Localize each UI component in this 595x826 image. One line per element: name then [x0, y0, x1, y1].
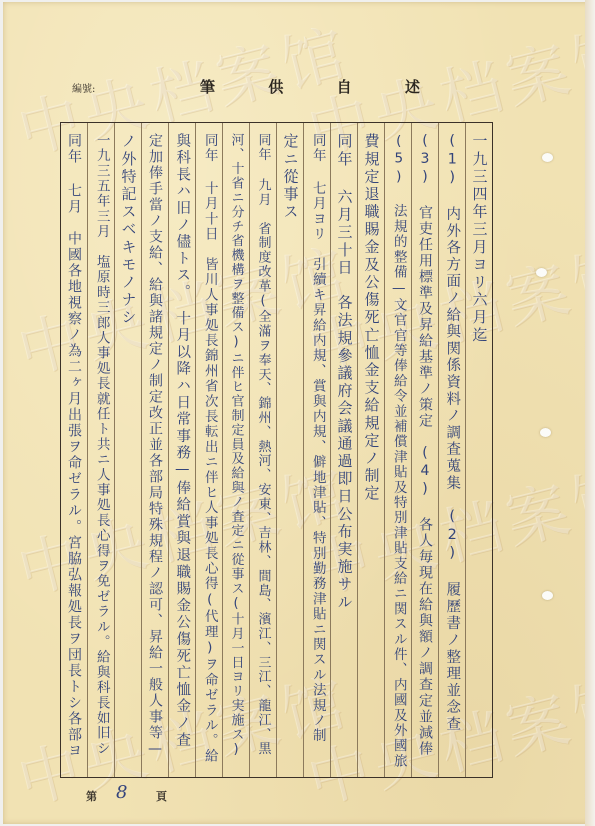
form-title-char: 筆 — [200, 76, 215, 97]
handwritten-line: 河、十省ニ分チ省機構ヲ整備ス)ニ伴ヒ官制定員及給與ノ査定ニ從事ス(十月一日ヨリ実… — [230, 133, 243, 758]
handwritten-line: 同年 七月ヨリ 引續キ昇給内規、賞與内規、僻地津貼、特別勤務津貼ニ関スル法規ノ制 — [310, 133, 324, 744]
text-column: 定ニ從事ス — [276, 123, 303, 777]
punch-hole — [542, 591, 553, 600]
text-column: (1) 内外各方面ノ給與関係資料ノ調査蒐集 (2) 履歷書ノ整理並念查 — [438, 123, 465, 777]
text-column: 與科長ハ旧ノ儘トス。 十月以降ハ日常事務—俸給賞與退職賜金公傷死亡恤金ノ査 — [168, 123, 195, 777]
text-column: 一九三五年三月 塩原時三郎人事処長就任ト共ニ人事処長心得ヲ免ゼラル。給與科長如旧… — [87, 123, 114, 777]
handwritten-line: 費規定退職賜金及公傷死亡恤金支給規定ノ制定 — [364, 133, 379, 503]
text-column: 河、十省ニ分チ省機構ヲ整備ス)ニ伴ヒ官制定員及給與ノ査定ニ從事ス(十月一日ヨリ実… — [222, 123, 249, 777]
page-suffix: 頁 — [156, 788, 167, 804]
paper-edge — [585, 0, 595, 826]
handwritten-line: 同年 九月 省制度改革(全滿ヲ奉天、錦州、熱河、安東、吉林、間島、濱江、三江、龍… — [257, 133, 270, 756]
page-prefix: 第 — [86, 788, 97, 804]
handwritten-line: ノ外特記スベキモノナシ — [121, 133, 136, 327]
text-column: 同年 十月十日 皆川人事処長錦州省次長転出ニ伴ヒ人事処長心得(代理)ヲ命ゼラル。… — [195, 123, 222, 777]
handwritten-line: 一九三五年三月 塩原時三郎人事処長就任ト共ニ人事処長心得ヲ免ゼラル。給與科長如旧… — [94, 133, 108, 756]
handwritten-line: (1) 内外各方面ノ給與関係資料ノ調査蒐集 (2) 履歷書ノ整理並念查 — [445, 133, 460, 733]
text-column: (3) 官吏任用標準及昇給基準ノ策定 (4) 各人毎現在給與額ノ調查定並減俸 — [411, 123, 438, 777]
text-column: 同年 七月 中國各地視察ノ為二ヶ月出張ヲ命ゼラル。宮脇弘報処長ヲ団長トシ各部ヨ — [61, 123, 87, 777]
handwritten-line: 與科長ハ旧ノ儘トス。 十月以降ハ日常事務—俸給賞與退職賜金公傷死亡恤金ノ査 — [175, 133, 190, 749]
punch-hole — [540, 428, 551, 437]
handwritten-line: 定ニ從事ス — [283, 133, 298, 221]
serial-number-label: 編號: — [72, 80, 95, 95]
handwritten-line: 同年 十月十日 皆川人事処長錦州省次長転出ニ伴ヒ人事処長心得(代理)ヲ命ゼラル。… — [202, 133, 216, 764]
handwritten-line: 一九三四年三月ヨリ六月迄 — [472, 133, 487, 344]
text-column: 同年 六月三十日 各法規參議府会議通過即日公布実施サル — [330, 123, 357, 777]
form-title: 筆 供 自 述 — [200, 76, 420, 97]
handwritten-line: 同年 七月 中國各地視察ノ為二ヶ月出張ヲ命ゼラル。宮脇弘報処長ヲ団長トシ各部ヨ — [67, 133, 81, 759]
text-column: 費規定退職賜金及公傷死亡恤金支給規定ノ制定 — [357, 123, 384, 777]
text-column: (5) 法規的整備—文官官等俸給令並補償津貼及特別津貼支給ニ関スル件、内國及外國… — [384, 123, 411, 777]
text-column: 同年 九月 省制度改革(全滿ヲ奉天、錦州、熱河、安東、吉林、間島、濱江、三江、龍… — [249, 123, 276, 777]
form-title-char: 供 — [268, 76, 283, 97]
handwritten-line: 同年 六月三十日 各法規參議府会議通過即日公布実施サル — [337, 133, 352, 611]
punch-hole — [542, 153, 553, 162]
text-column: 同年 七月ヨリ 引續キ昇給内規、賞與内規、僻地津貼、特別勤務津貼ニ関スル法規ノ制 — [303, 123, 330, 777]
text-column: 一九三四年三月ヨリ六月迄 — [465, 123, 492, 777]
punch-hole — [536, 268, 547, 277]
handwritten-line: 定加俸手當ノ支給、給與諸規定ノ制定改正並各部局特殊規程ノ認可、昇給一般人事等— — [148, 133, 162, 759]
text-column: ノ外特記スベキモノナシ — [114, 123, 141, 777]
text-column: 定加俸手當ノ支給、給與諸規定ノ制定改正並各部局特殊規程ノ認可、昇給一般人事等— — [141, 123, 168, 777]
page-footer: 第 8 頁 — [86, 786, 306, 806]
handwritten-line: (3) 官吏任用標準及昇給基準ノ策定 (4) 各人毎現在給與額ノ調查定並減俸 — [418, 133, 432, 757]
form-title-char: 自 — [337, 76, 352, 97]
handwritten-line: (5) 法規的整備—文官官等俸給令並補償津貼及特別津貼支給ニ関スル件、内國及外國… — [391, 133, 405, 769]
form-title-char: 述 — [405, 76, 420, 97]
page-number: 8 — [116, 782, 127, 803]
ruled-writing-frame: 一九三四年三月ヨリ六月迄(1) 内外各方面ノ給與関係資料ノ調査蒐集 (2) 履歷… — [60, 122, 493, 778]
